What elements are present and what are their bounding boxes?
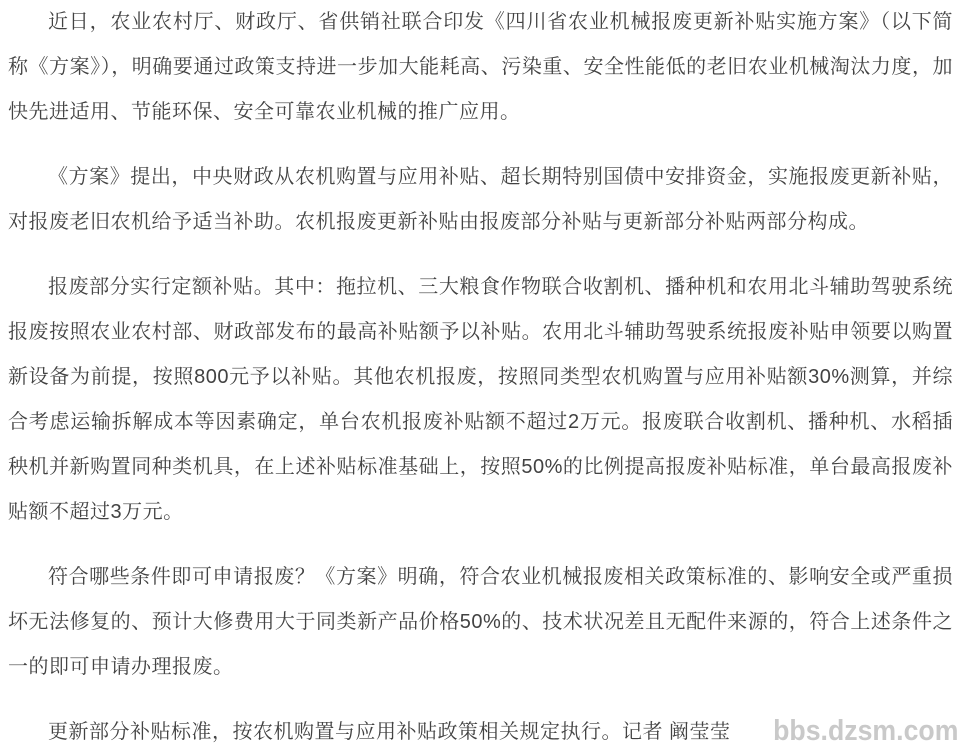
paragraph-intro: 近日，农业农村厅、财政厅、省供销社联合印发《四川省农业机械报废更新补贴实施方案》… xyxy=(8,0,953,135)
article-body: 近日，农业农村厅、财政厅、省供销社联合印发《四川省农业机械报废更新补贴实施方案》… xyxy=(0,0,961,752)
watermark: bbs.dzsm.com xyxy=(773,715,958,748)
paragraph-eligibility: 符合哪些条件即可申请报废？《方案》明确，符合农业机械报废相关政策标准的、影响安全… xyxy=(8,555,953,690)
paragraph-funding: 《方案》提出，中央财政从农机购置与应用补贴、超长期特别国债中安排资金，实施报废更… xyxy=(8,155,953,245)
paragraph-subsidy-standards: 报废部分实行定额补贴。其中：拖拉机、三大粮食作物联合收割机、播种机和农用北斗辅助… xyxy=(8,265,953,535)
